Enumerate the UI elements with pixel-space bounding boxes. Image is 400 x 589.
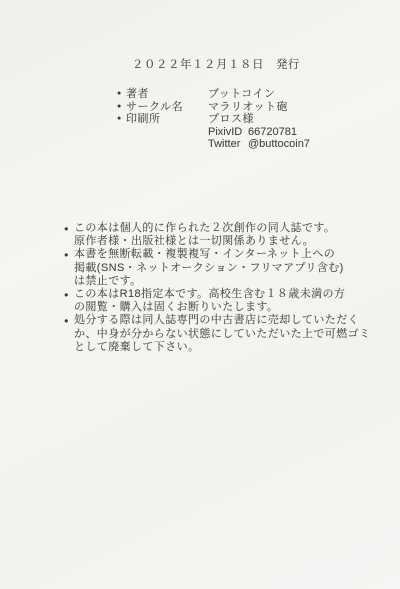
- notice-line: 本書を無断転載・複製複写・インターネット上への: [74, 248, 344, 261]
- notice-line: か、中身が分からない状態にしていただいた上で可燃ゴミ: [74, 328, 370, 341]
- notice-line: 掲載(SNS・ネットオークション・フリマアプリ含む): [74, 262, 344, 275]
- info-label: サークル名: [126, 101, 208, 114]
- contact-row-pixiv: PixivID 66720781: [208, 126, 377, 139]
- notice-text: この本は個人的に作られた２次創作の同人誌です。 原作者様・出版社様とは一切関係あ…: [74, 222, 335, 248]
- bullet-icon: ●: [117, 88, 126, 101]
- info-value: ブットコイン: [208, 88, 275, 101]
- contact-label: Twitter: [208, 138, 248, 151]
- notice-r18: ● この本はR18指定本です。高校生含む１８歳未満の方 の閲覧・購入は固くお断り…: [64, 288, 374, 314]
- info-row-author: ● 著者 ブットコイン: [117, 88, 377, 101]
- contact-label: PixivID: [208, 126, 248, 139]
- notice-line: 原作者様・出版社様とは一切関係ありません。: [74, 235, 335, 248]
- contact-value: @buttocoin7: [248, 138, 310, 151]
- publication-info-block: ● 著者 ブットコイン ● サークル名 マラリオット砲 ● 印刷所 プロス様 P…: [117, 88, 377, 151]
- notice-line: の閲覧・購入は固くお断りいたします。: [74, 301, 345, 314]
- notice-disposal: ● 処分する際は同人誌専門の中古書店に売却していただく か、中身が分からない状態…: [64, 314, 374, 354]
- colophon-page: ２０２２年１２月１８日 発行 ● 著者 ブットコイン ● サークル名 マラリオッ…: [0, 0, 400, 589]
- info-label: 印刷所: [126, 113, 208, 126]
- notice-line: 処分する際は同人誌専門の中古書店に売却していただく: [74, 314, 370, 327]
- notice-line: は禁止です。: [74, 275, 344, 288]
- contact-value: 66720781: [248, 126, 297, 139]
- notice-line: として廃棄して下さい。: [74, 341, 370, 354]
- bullet-icon: ●: [64, 314, 74, 327]
- contact-row-twitter: Twitter @buttocoin7: [208, 138, 377, 151]
- notice-text: 処分する際は同人誌専門の中古書店に売却していただく か、中身が分からない状態にし…: [74, 314, 370, 354]
- notice-derivative-work: ● この本は個人的に作られた２次創作の同人誌です。 原作者様・出版社様とは一切関…: [64, 222, 374, 248]
- info-value: プロス様: [208, 113, 254, 126]
- notice-line: この本はR18指定本です。高校生含む１８歳未満の方: [74, 288, 345, 301]
- notice-no-reproduction: ● 本書を無断転載・複製複写・インターネット上への 掲載(SNS・ネットオークシ…: [64, 248, 374, 288]
- info-label: 著者: [126, 88, 208, 101]
- info-row-circle: ● サークル名 マラリオット砲: [117, 101, 377, 114]
- bullet-icon: ●: [117, 113, 126, 126]
- bullet-icon: ●: [64, 288, 74, 301]
- notice-text: この本はR18指定本です。高校生含む１８歳未満の方 の閲覧・購入は固くお断りいた…: [74, 288, 345, 314]
- bullet-icon: ●: [64, 248, 74, 261]
- bullet-icon: ●: [64, 222, 74, 235]
- disclaimer-notices: ● この本は個人的に作られた２次創作の同人誌です。 原作者様・出版社様とは一切関…: [64, 222, 374, 354]
- publish-date: ２０２２年１２月１８日 発行: [132, 56, 300, 72]
- info-value: マラリオット砲: [208, 101, 288, 114]
- notice-text: 本書を無断転載・複製複写・インターネット上への 掲載(SNS・ネットオークション…: [74, 248, 344, 288]
- bullet-icon: ●: [117, 101, 126, 114]
- notice-line: この本は個人的に作られた２次創作の同人誌です。: [74, 222, 335, 235]
- info-row-printer: ● 印刷所 プロス様: [117, 113, 377, 126]
